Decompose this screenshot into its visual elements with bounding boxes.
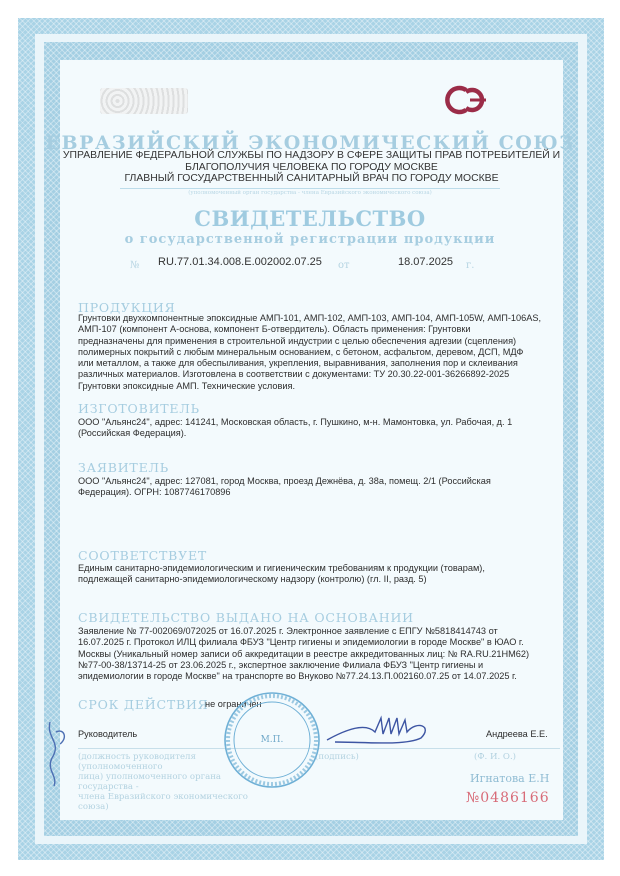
issuing-agency: УПРАВЛЕНИЕ ФЕДЕРАЛЬНОЙ СЛУЖБЫ ПО НАДЗОРУ… <box>60 150 563 185</box>
handwritten-signature-icon <box>325 712 435 748</box>
text-line: полимерных покрытий с любым минеральным … <box>78 347 560 358</box>
se-mark-icon <box>440 82 496 118</box>
text-line: эпидемиологии в городе Москве" на трансп… <box>78 671 560 682</box>
year-suffix: г. <box>466 260 474 271</box>
text-line: ООО "Альянс24", адрес: 127081, город Мос… <box>78 476 560 487</box>
signer-position: Руководитель <box>78 729 137 740</box>
section-heading-applicant: ЗАЯВИТЕЛЬ <box>78 460 169 475</box>
name-caption: (Ф. И. О.) <box>474 752 516 762</box>
section-heading-manufacturer: ИЗГОТОВИТЕЛЬ <box>78 401 200 416</box>
certificate-subtitle: о государственной регистрации продукции <box>0 232 620 247</box>
certificate-number: RU.77.01.34.008.Е.002002.07.25 <box>158 256 322 268</box>
divider <box>120 188 500 189</box>
caption-line: члена Евразийского экономического союза) <box>78 792 278 812</box>
text-line: или металлом, а также для обеспыливания,… <box>78 358 560 369</box>
text-line: Федерация). ОГРН: 1087746170896 <box>78 487 560 498</box>
svg-text:М.П.: М.П. <box>261 735 284 745</box>
text-line: №77-00-38/13714-25 от 23.06.2025 г., экс… <box>78 660 560 671</box>
text-line: 16.07.2025 г. Протокол ИЛЦ филиала ФБУЗ … <box>78 637 560 648</box>
text-line: Грунтовки эпоксидные АМП. Технические ус… <box>78 381 560 392</box>
certificate-title: СВИДЕТЕЛЬСТВО <box>0 206 620 231</box>
section-body-conforms: Единым санитарно-эпидемиологическим и ги… <box>78 563 560 586</box>
text-line: предназначены для применения в строитель… <box>78 336 560 347</box>
text-line: (Российская Федерация). <box>78 428 560 439</box>
text-line: ООО "Альянс24", адрес: 141241, Московска… <box>78 417 560 428</box>
section-heading-validity: СРОК ДЕЙСТВИЯ <box>78 697 209 712</box>
certificate-date: 18.07.2025 <box>398 256 453 268</box>
section-body-basis: Заявление № 77-002069/072025 от 16.07.20… <box>78 626 560 682</box>
number-label: № <box>130 260 139 271</box>
signer-name: Андреева Е.Е. <box>486 729 548 740</box>
text-line: различных материалов. Изготовлена в соот… <box>78 369 560 380</box>
hologram-icon <box>100 88 188 114</box>
serial-number: №0486166 <box>466 790 550 806</box>
section-heading-conforms: СООТВЕТСТВУЕТ <box>78 548 207 563</box>
text-line: подлежащей санитарно-эпидемиологическому… <box>78 574 560 585</box>
agency-line: ГЛАВНЫЙ ГОСУДАРСТВЕННЫЙ САНИТАРНЫЙ ВРАЧ … <box>60 173 563 185</box>
section-heading-basis: СВИДЕТЕЛЬСТВО ВЫДАНО НА ОСНОВАНИИ <box>78 610 414 625</box>
text-line: Заявление № 77-002069/072025 от 16.07.20… <box>78 626 560 637</box>
text-line: АМП-107 (компонент А-основа, компонент Б… <box>78 324 560 335</box>
official-seal-icon: М.П. <box>222 690 322 790</box>
date-label: от <box>338 260 350 271</box>
section-body-manufacturer: ООО "Альянс24", адрес: 141241, Московска… <box>78 417 560 440</box>
text-line: Единым санитарно-эпидемиологическим и ги… <box>78 563 560 574</box>
section-body-applicant: ООО "Альянс24", адрес: 127081, город Мос… <box>78 476 560 499</box>
countersign-name: Игнатова Е.Н <box>470 772 549 785</box>
text-line: Москвы (Уникальный номер записи об аккре… <box>78 649 560 660</box>
agency-line: УПРАВЛЕНИЕ ФЕДЕРАЛЬНОЙ СЛУЖБЫ ПО НАДЗОРУ… <box>60 150 563 162</box>
agency-note: (уполномоченный орган государства - член… <box>100 190 520 196</box>
initials-signature-icon <box>44 718 72 788</box>
agency-line: БЛАГОПОЛУЧИЯ ЧЕЛОВЕКА ПО ГОРОДУ МОСКВЕ <box>60 162 563 174</box>
section-body-product: Грунтовки двухкомпонентные эпоксидные АМ… <box>78 313 560 392</box>
text-line: Грунтовки двухкомпонентные эпоксидные АМ… <box>78 313 560 324</box>
